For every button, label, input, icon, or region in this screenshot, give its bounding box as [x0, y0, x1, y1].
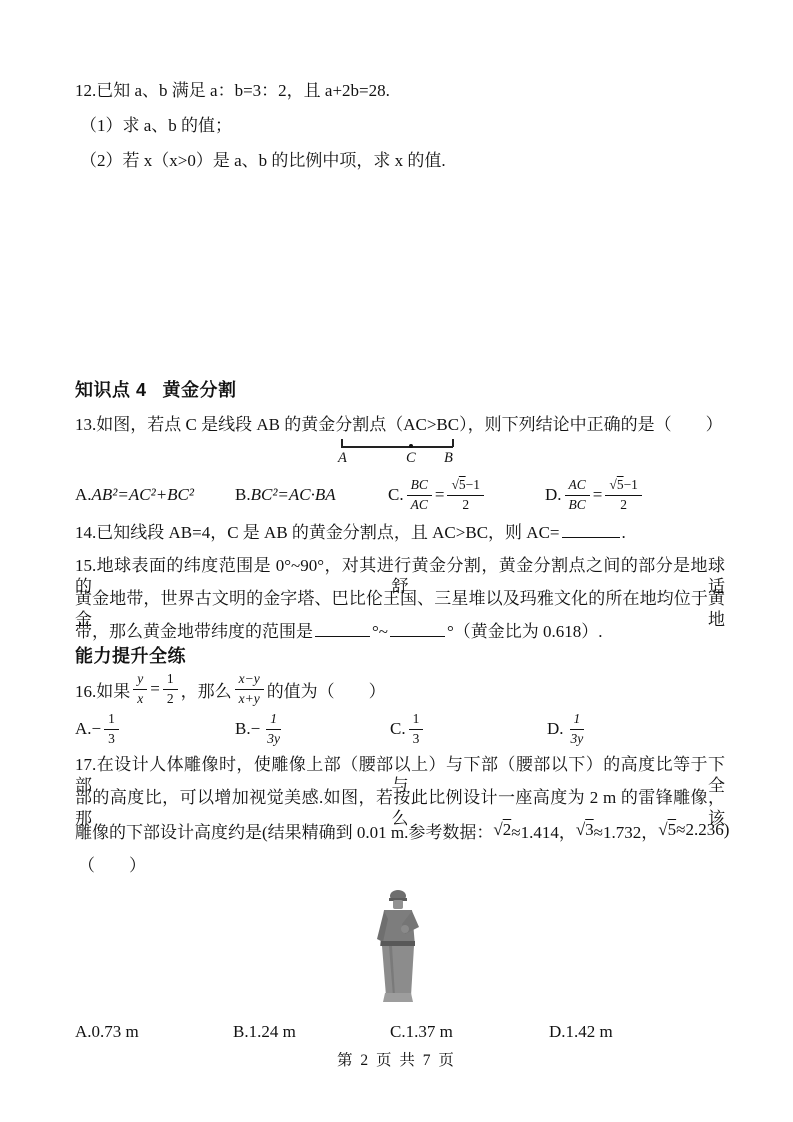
sqrt-value: ≈1.414， — [511, 818, 576, 843]
fraction: 13 — [409, 711, 424, 747]
fraction: BCAC — [407, 477, 432, 513]
fraction: √5−12 — [447, 477, 484, 513]
question-17-line4-parens: （ ） — [78, 855, 146, 876]
option-text: 1.24 m — [249, 1022, 296, 1042]
q17-option-a: A.0.73 m — [75, 1022, 139, 1042]
question-14: 14.已知线段 AB=4，C 是 AB 的黄金分割点，且 AC>BC，则 AC=… — [75, 522, 626, 543]
fraction: √5−12 — [605, 477, 642, 513]
option-text: 1.42 m — [566, 1022, 613, 1042]
option-label: A. — [75, 719, 92, 739]
q16-prefix: 16.如果 — [75, 677, 130, 702]
option-label: B. — [235, 719, 251, 739]
q15-degree-tilde: °~ — [372, 622, 388, 641]
sqrt-icon: √ — [576, 820, 585, 840]
option-label: A. — [75, 1022, 92, 1042]
question-12-stem: 12.已知 a、b 满足 a：b=3：2，且 a+2b=28. — [75, 80, 390, 101]
q17-ref-data-text: 雕像的下部设计高度约是(结果精确到 0.01 m.参考数据： — [75, 818, 493, 843]
option-label: B. — [235, 485, 251, 505]
q13-option-d: D.ACBC=√5−12 — [545, 476, 645, 514]
sqrt-icon: √ — [493, 820, 502, 840]
option-label: D. — [549, 1022, 566, 1042]
q13-option-a: A.AB²=AC²+BC² — [75, 476, 194, 514]
equals-sign: = — [150, 679, 160, 699]
q16-suffix: 的值为（ ） — [267, 677, 386, 702]
question-12-part2: （2）若 x（x>0）是 a、b 的比例中项，求 x 的值. — [80, 150, 446, 171]
q14-text: 14.已知线段 AB=4，C 是 AB 的黄金分割点，且 AC>BC，则 AC= — [75, 523, 560, 542]
option-formula: AB²=AC²+BC² — [92, 485, 194, 505]
q17-option-d: D.1.42 m — [549, 1022, 613, 1042]
section-label: 知识点 4 — [75, 380, 147, 400]
option-text: 0.73 m — [92, 1022, 139, 1042]
question-12-part1: （1）求 a、b 的值； — [80, 115, 232, 136]
sqrt-arg: 2 — [503, 820, 512, 840]
q13-option-c: C.BCAC=√5−12 — [388, 476, 487, 514]
sqrt-arg: 5 — [617, 477, 624, 492]
fraction: yx — [133, 671, 147, 707]
q15-tail: °（黄金比为 0.618）. — [447, 622, 603, 641]
answer-blank — [315, 621, 370, 637]
answer-blank — [562, 522, 620, 538]
option-label: B. — [233, 1022, 249, 1042]
sqrt-value: ≈1.732， — [594, 818, 659, 843]
point-c-dot — [409, 444, 413, 448]
worksheet-page: 12.已知 a、b 满足 a：b=3：2，且 a+2b=28. （1）求 a、b… — [0, 0, 793, 1122]
option-label: C. — [390, 1022, 406, 1042]
sqrt-suffix: −1 — [624, 477, 638, 492]
q17-option-b: B.1.24 m — [233, 1022, 296, 1042]
page-number: 第 2 页 共 7 页 — [0, 1048, 793, 1070]
sqrt-suffix: −1 — [466, 477, 480, 492]
segment-ab-line — [341, 446, 453, 448]
q13-option-b: B.BC²=AC·BA — [235, 476, 336, 514]
option-label: D. — [547, 719, 564, 739]
sqrt-icon: √ — [609, 477, 616, 492]
q16-option-a: A.−13 — [75, 711, 122, 747]
fraction: 12 — [163, 671, 178, 707]
sqrt-arg: 5 — [459, 477, 466, 492]
sqrt-value: ≈2.236) — [676, 820, 729, 840]
label-b: B — [444, 449, 453, 467]
fraction: x−yx+y — [235, 671, 264, 707]
q14-period: . — [622, 523, 626, 542]
label-a: A — [338, 449, 347, 467]
option-label: D. — [545, 485, 562, 505]
option-label: A. — [75, 485, 92, 505]
section-heading-ability-practice: 能力提升全练 — [75, 646, 186, 667]
equals-sign: = — [593, 485, 603, 505]
statue-image — [369, 889, 427, 1007]
q16-option-d: D.13y — [547, 711, 590, 747]
segment-diagram: A C B — [338, 436, 458, 468]
answer-blank — [390, 621, 445, 637]
sqrt-arg: 3 — [585, 820, 594, 840]
option-text: 1.37 m — [406, 1022, 453, 1042]
section-title: 黄金分割 — [163, 380, 237, 400]
question-17-line3: 雕像的下部设计高度约是(结果精确到 0.01 m.参考数据：√2≈1.414，√… — [75, 817, 729, 843]
q16-option-b: B.−13y — [235, 711, 287, 747]
label-c: C — [406, 449, 416, 467]
sqrt-icon: √ — [451, 477, 458, 492]
fraction: 13y — [567, 711, 588, 747]
q17-option-c: C.1.37 m — [390, 1022, 453, 1042]
fraction: 13 — [104, 711, 119, 747]
fraction: 13y — [263, 711, 284, 747]
q16-comma: ，那么 — [181, 677, 232, 702]
fraction: ACBC — [565, 477, 590, 513]
q15-text: 带，那么黄金地带纬度的范围是 — [75, 622, 313, 641]
q16-option-c: C.13 — [390, 711, 426, 747]
question-13-stem: 13.如图，若点 C 是线段 AB 的黄金分割点（AC>BC），则下列结论中正确… — [75, 414, 723, 435]
equals-sign: = — [435, 485, 445, 505]
sqrt-icon: √ — [658, 820, 667, 840]
minus-sign: − — [92, 719, 102, 739]
option-label: C. — [390, 719, 406, 739]
option-label: C. — [388, 485, 404, 505]
question-15-line3: 带，那么黄金地带纬度的范围是°~°（黄金比为 0.618）. — [75, 621, 603, 642]
sqrt-arg: 5 — [668, 820, 677, 840]
minus-sign: − — [251, 719, 261, 739]
section-heading-knowledge-point-4: 知识点 4黄金分割 — [75, 380, 237, 401]
question-16-stem: 16.如果yx=12，那么x−yx+y的值为（ ） — [75, 668, 386, 710]
option-formula: BC²=AC·BA — [251, 485, 336, 505]
